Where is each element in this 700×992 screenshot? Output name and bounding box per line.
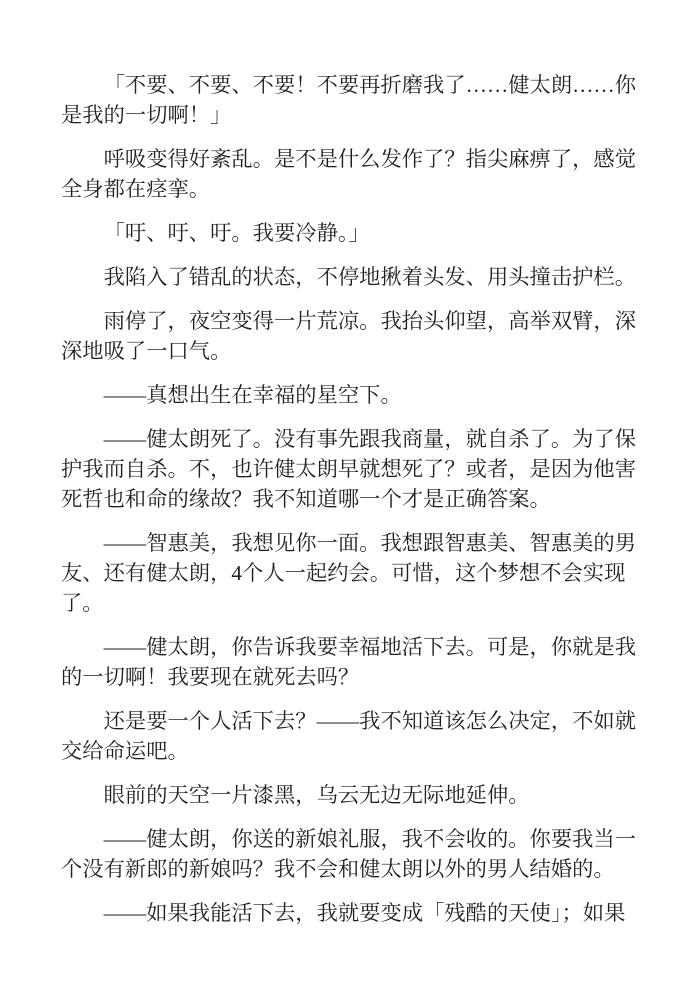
paragraph: 眼前的天空一片漆黑，乌云无边无际地延伸。: [61, 780, 639, 810]
paragraph-line: 的一切啊！我要现在就死去吗？: [61, 662, 639, 692]
paragraph-line: 深地吸了一口气。: [61, 336, 639, 366]
paragraph-line: 护我而自杀。不，也许健太朗早就想死了？或者，是因为他害: [61, 454, 639, 484]
paragraph: ——智惠美，我想见你一面。我想跟智惠美、智惠美的男 友、还有健太朗，4个人一起约…: [61, 528, 639, 618]
paragraph-line: ——智惠美，我想见你一面。我想跟智惠美、智惠美的男: [61, 528, 639, 558]
paragraph-line: ——健太朗，你送的新娘礼服，我不会收的。你要我当一: [61, 824, 639, 854]
paragraph-line: ——真想出生在幸福的星空下。: [61, 380, 639, 410]
paragraph-line: 了。: [61, 588, 639, 618]
paragraph-line: 眼前的天空一片漆黑，乌云无边无际地延伸。: [61, 780, 639, 810]
paragraph: 「吁、吁、吁。我要冷静。」: [61, 218, 639, 248]
paragraph-line: 交给命运吧。: [61, 736, 639, 766]
paragraph: 还是要一个人活下去？——我不知道该怎么决定，不如就 交给命运吧。: [61, 706, 639, 766]
paragraph-line: 我陷入了错乱的状态，不停地揪着头发、用头撞击护栏。: [61, 262, 639, 292]
paragraph-line: 是我的一切啊！」: [61, 100, 639, 130]
paragraph: ——健太朗，你告诉我要幸福地活下去。可是，你就是我 的一切啊！我要现在就死去吗？: [61, 632, 639, 692]
paragraph-line: 雨停了，夜空变得一片荒凉。我抬头仰望，高举双臂，深: [61, 306, 639, 336]
paragraph: ——健太朗死了。没有事先跟我商量，就自杀了。为了保 护我而自杀。不，也许健太朗早…: [61, 424, 639, 514]
paragraph: ——健太朗，你送的新娘礼服，我不会收的。你要我当一 个没有新郎的新娘吗？我不会和…: [61, 824, 639, 884]
paragraph: 「不要、不要、不要！不要再折磨我了……健太朗……你 是我的一切啊！」: [61, 70, 639, 130]
paragraph-line: 「不要、不要、不要！不要再折磨我了……健太朗……你: [61, 70, 639, 100]
paragraph: 呼吸变得好紊乱。是不是什么发作了？指尖麻痹了，感觉 全身都在痉挛。: [61, 144, 639, 204]
paragraph-line: 还是要一个人活下去？——我不知道该怎么决定，不如就: [61, 706, 639, 736]
paragraph-line: 「吁、吁、吁。我要冷静。」: [61, 218, 639, 248]
paragraph: 我陷入了错乱的状态，不停地揪着头发、用头撞击护栏。: [61, 262, 639, 292]
paragraph-line: ——健太朗，你告诉我要幸福地活下去。可是，你就是我: [61, 632, 639, 662]
paragraph-line: 死哲也和命的缘故？我不知道哪一个才是正确答案。: [61, 484, 639, 514]
paragraph-line: 呼吸变得好紊乱。是不是什么发作了？指尖麻痹了，感觉: [61, 144, 639, 174]
paragraph-line: 个没有新郎的新娘吗？我不会和健太朗以外的男人结婚的。: [61, 854, 639, 884]
paragraph: 雨停了，夜空变得一片荒凉。我抬头仰望，高举双臂，深 深地吸了一口气。: [61, 306, 639, 366]
paragraph: ——真想出生在幸福的星空下。: [61, 380, 639, 410]
paragraph-line: ——如果我能活下去，我就要变成「残酷的天使」；如果: [61, 898, 639, 928]
paragraph-line: ——健太朗死了。没有事先跟我商量，就自杀了。为了保: [61, 424, 639, 454]
novel-page: 「不要、不要、不要！不要再折磨我了……健太朗……你 是我的一切啊！」 呼吸变得好…: [0, 0, 700, 992]
paragraph-line: 全身都在痉挛。: [61, 174, 639, 204]
paragraph-line: 友、还有健太朗，4个人一起约会。可惜，这个梦想不会实现: [61, 558, 639, 588]
paragraph: ——如果我能活下去，我就要变成「残酷的天使」；如果: [61, 898, 639, 928]
